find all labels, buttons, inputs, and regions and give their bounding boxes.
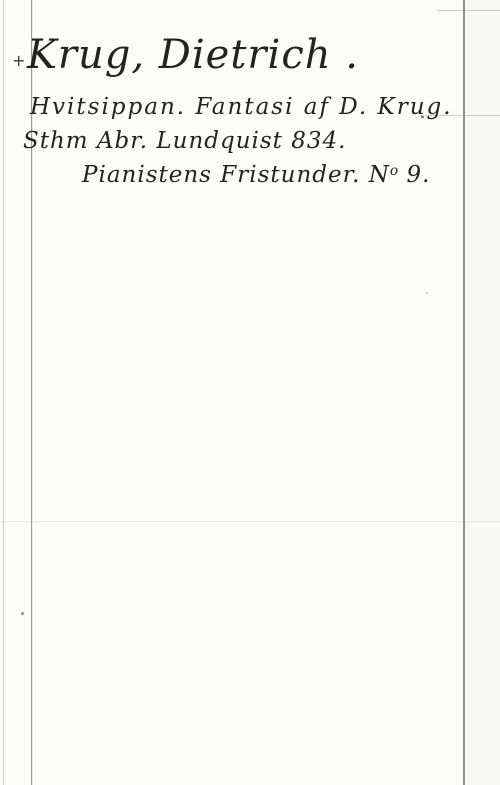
left-edge-rule <box>3 0 4 785</box>
entry-title-line: Hvitsippan. Fantasi af D. Krug. <box>30 95 453 120</box>
scan-texture-strip <box>464 0 500 785</box>
series-numero-superscript: o <box>390 163 398 179</box>
faint-horizontal-rule-lower <box>0 521 500 522</box>
faint-horizontal-rule-top <box>437 10 500 11</box>
scanned-catalog-card: + Krug, Dietrich . Hvitsippan. Fantasi a… <box>0 0 500 785</box>
plus-mark: + <box>12 51 25 70</box>
entry-publisher-line: Sthm Abr. Lundquist 834. <box>23 129 346 154</box>
scan-speck <box>426 292 428 294</box>
entry-heading-author: Krug, Dietrich . <box>27 33 359 77</box>
right-margin-rule <box>463 0 465 785</box>
series-number: 9. <box>398 162 430 188</box>
entry-series-line: Pianistens Fristunder. No 9. <box>82 163 430 188</box>
scan-speck <box>21 612 24 615</box>
series-text: Pianistens Fristunder. N <box>82 162 390 188</box>
